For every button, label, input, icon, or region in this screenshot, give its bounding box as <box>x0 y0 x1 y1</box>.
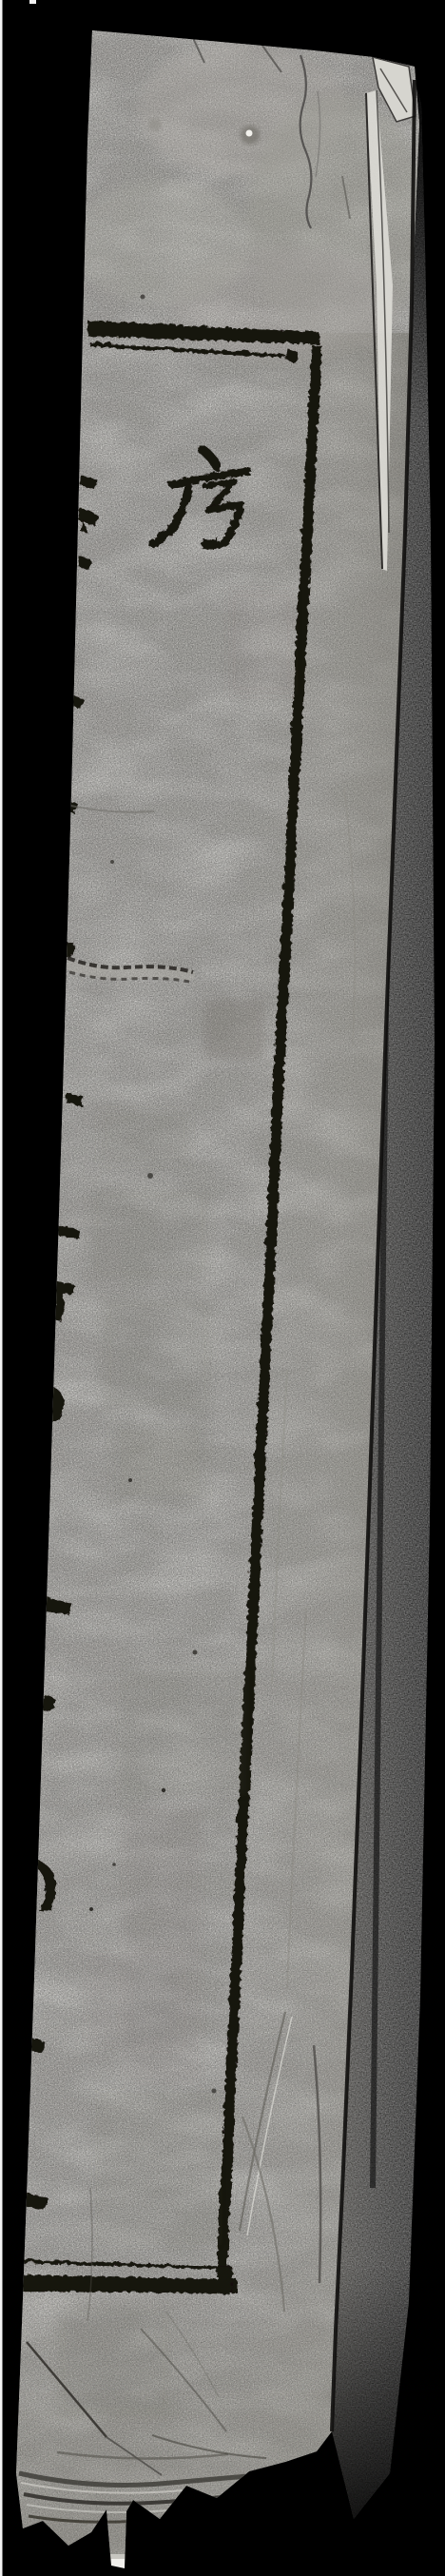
stain-speck <box>148 118 162 131</box>
book-page-scan: 序 <box>0 0 445 2576</box>
ghost-character-blob <box>90 1189 209 1279</box>
scan-background: { "document": { "kind": "scanned page of… <box>0 0 445 2576</box>
stain-speck <box>162 1788 165 1792</box>
ghost-character-blob <box>228 590 295 694</box>
ghost-character-blob <box>95 2093 219 2245</box>
ghost-character-blob <box>203 999 264 1060</box>
ghost-character-blob <box>103 1298 212 1408</box>
stain-speck <box>128 1478 132 1482</box>
stain-speck <box>141 295 145 300</box>
stain-speck <box>112 1863 116 1866</box>
scan-canvas <box>0 0 445 2576</box>
stain-speck <box>89 1907 93 1911</box>
scan-left-edge-line <box>0 0 3 2576</box>
ghost-character-blob <box>112 1422 207 1503</box>
stain-speck <box>110 860 114 864</box>
bottom-border-joint <box>217 2264 232 2294</box>
stain-speck <box>147 1173 153 1179</box>
stain-speck <box>193 1650 198 1655</box>
scan-top-notch <box>29 0 36 4</box>
stain-speck <box>246 130 253 137</box>
stain-speck <box>212 2089 217 2094</box>
ghost-character-blob <box>87 1955 178 2045</box>
ghost-character-blob <box>100 1111 190 1163</box>
ghost-character-blob <box>122 1669 245 1793</box>
